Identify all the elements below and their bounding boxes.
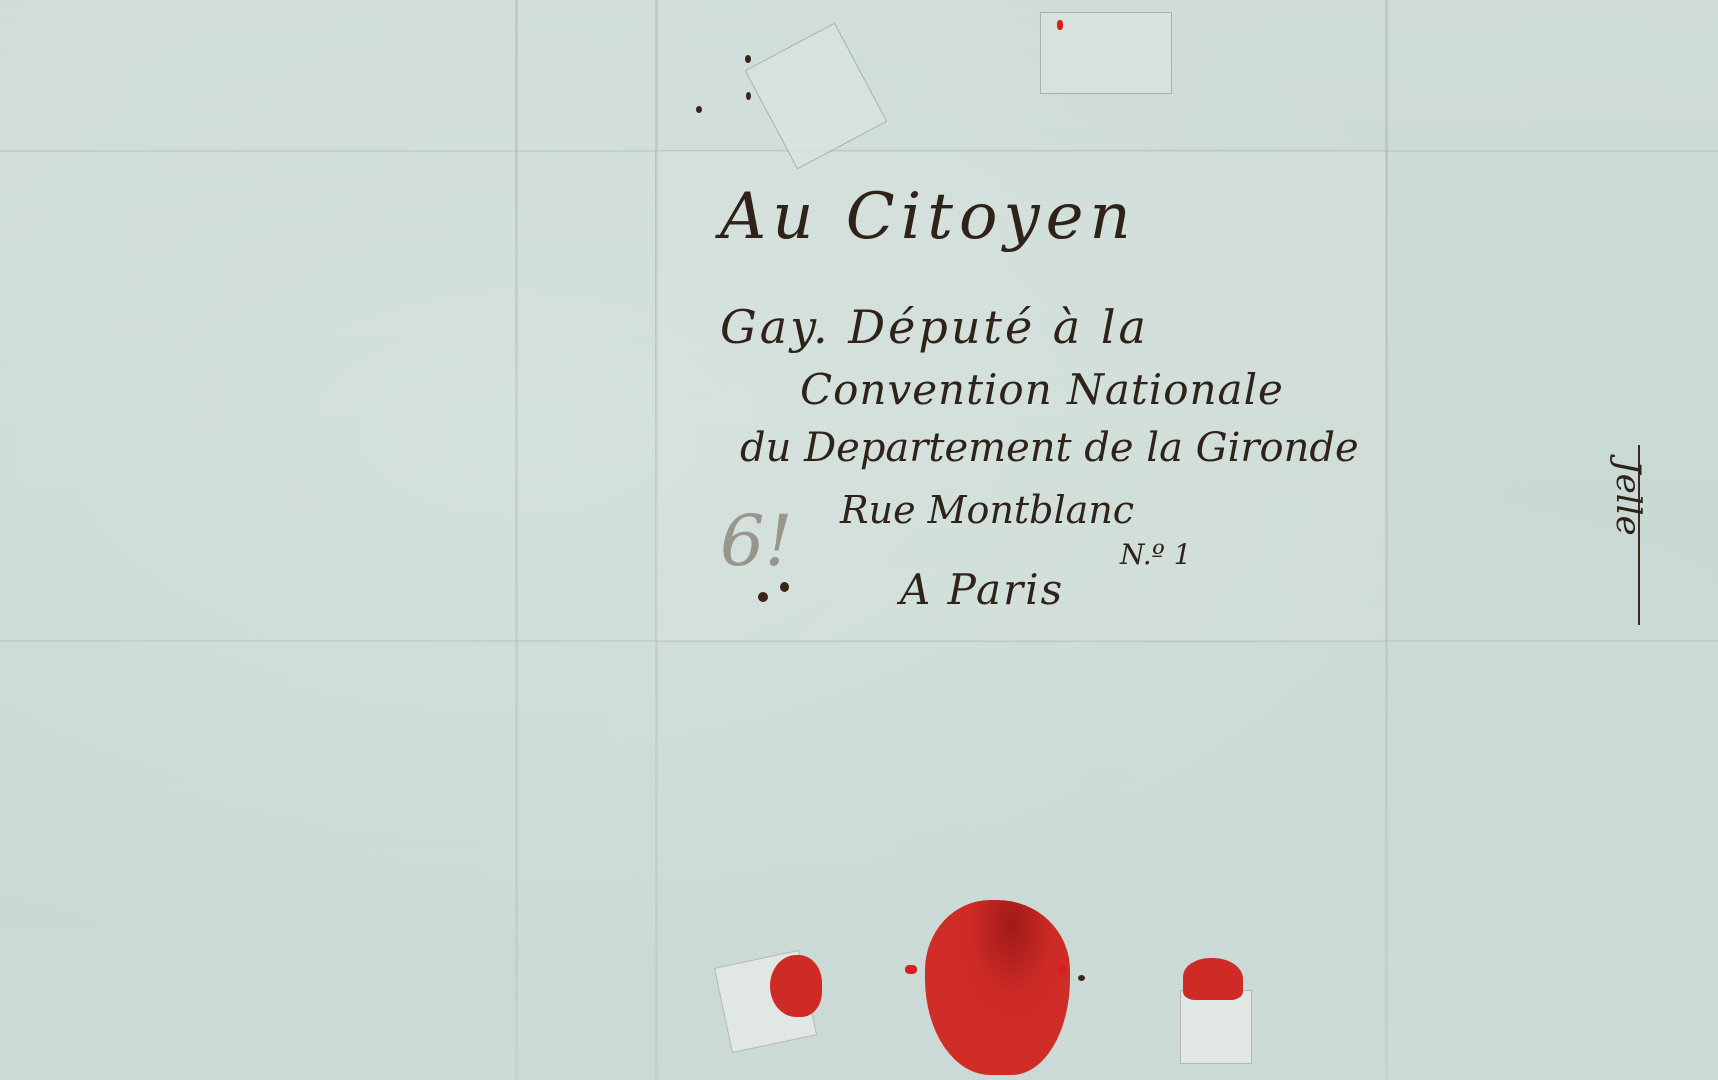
wax-fleck	[1057, 20, 1063, 30]
address-department: du Departement de la Gironde	[740, 425, 1359, 471]
ink-spot	[1078, 975, 1085, 981]
faint-postal-mark: 6!	[720, 500, 793, 582]
ink-spot	[746, 92, 751, 100]
fold-line-left	[515, 0, 518, 1080]
address-number: N.º 1	[1120, 538, 1192, 571]
letter-sheet: 6! Au Citoyen Gay. Député à la Conventio…	[0, 0, 1718, 1080]
wax-drop	[905, 965, 917, 974]
address-institution: Convention Nationale	[800, 365, 1284, 414]
ink-spot	[758, 592, 768, 602]
main-wax-seal	[925, 900, 1070, 1075]
margin-note: Jelle	[1608, 460, 1648, 536]
address-recipient: Gay. Député à la	[720, 300, 1149, 354]
paper-tear-1	[745, 23, 888, 170]
seal-paper-remnant-right	[1180, 990, 1252, 1064]
ink-spot	[696, 106, 702, 113]
ink-spot	[745, 55, 751, 63]
address-salutation: Au Citoyen	[720, 180, 1137, 254]
address-city: A Paris	[900, 565, 1064, 614]
left-seal-fragment	[770, 955, 822, 1017]
ink-spot	[780, 582, 789, 592]
wax-drop	[1058, 965, 1066, 975]
address-street: Rue Montblanc	[840, 488, 1134, 532]
right-seal-fragment	[1183, 958, 1243, 1000]
